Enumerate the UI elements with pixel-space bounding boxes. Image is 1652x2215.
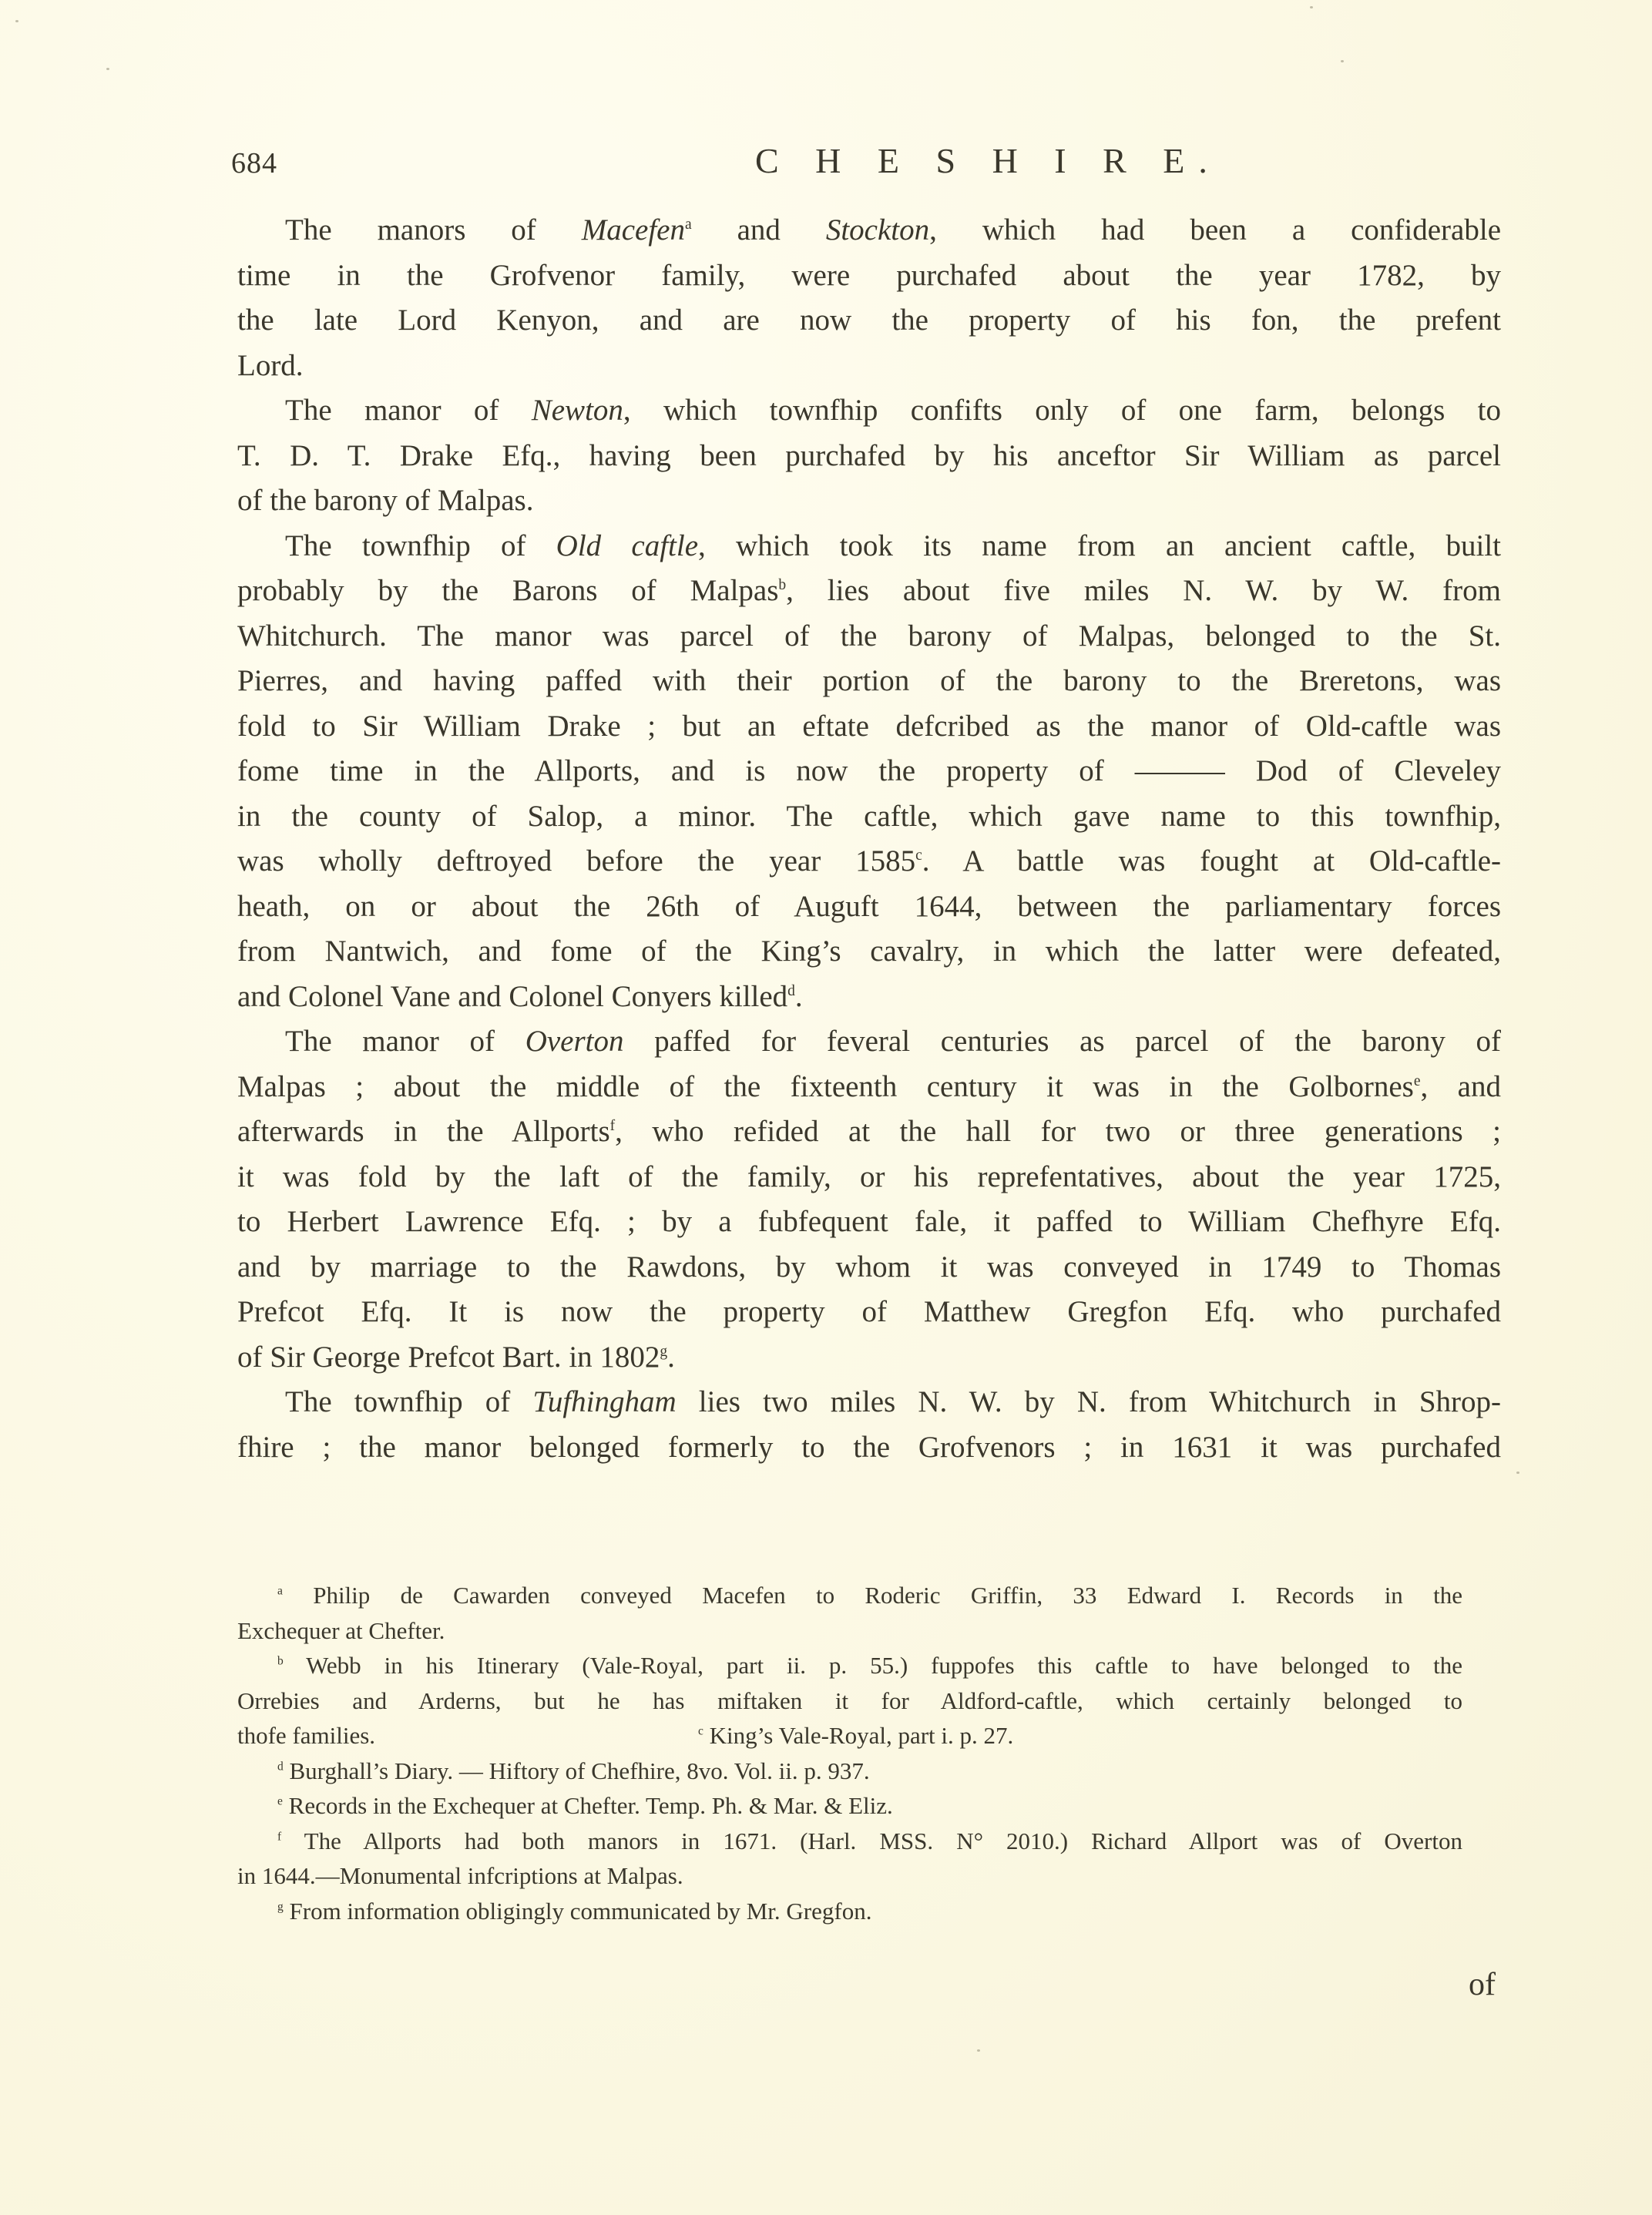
text-line: The manors of Macefena and Stockton, whi… [237, 208, 1501, 253]
text-line: from Nantwich, and fome of the King’s ca… [237, 929, 1501, 975]
text-line: was wholly deftroyed before the year 158… [237, 839, 1501, 884]
text-line: and by marriage to the Rawdons, by whom … [237, 1245, 1501, 1290]
text-line: in the county of Salop, a minor. The caf… [237, 794, 1501, 840]
text-line: probably by the Barons of Malpasb, lies … [237, 569, 1501, 614]
paper-speck [1310, 6, 1313, 8]
paper-speck [1516, 1472, 1519, 1474]
paper-speck [977, 2049, 980, 2052]
running-head: 684 C H E S H I R E. [231, 140, 1503, 194]
text-line: it was fold by the laft of the family, o… [237, 1155, 1501, 1200]
footnote-b-c-line: thofe families. c King’s Vale-Royal, par… [237, 1718, 1462, 1754]
text-line: Malpas ; about the middle of the fixteen… [237, 1065, 1501, 1110]
text-line: heath, on or about the 26th of Auguft 16… [237, 884, 1501, 930]
footnote-ref[interactable]: c [915, 847, 922, 864]
text-line: fhire ; the manor belonged formerly to t… [237, 1425, 1501, 1471]
footnote-b-end: thofe families. [237, 1722, 375, 1749]
body-text: The manors of Macefena and Stockton, whi… [237, 208, 1501, 1470]
text-line: fold to Sir William Drake ; but an eftat… [237, 704, 1501, 750]
text-line: afterwards in the Allportsf, who refided… [237, 1109, 1501, 1155]
footnote-c: c King’s Vale-Royal, part i. p. 27. [698, 1718, 1013, 1754]
footnote-a-cont: Exchequer at Chefter. [237, 1613, 1462, 1649]
text-line: the late Lord Kenyon, and are now the pr… [237, 298, 1501, 344]
footnote-e: e Records in the Exchequer at Chefter. T… [237, 1788, 1462, 1824]
footnotes: a Philip de Cawarden conveyed Macefen to… [237, 1578, 1462, 1928]
page-number: 684 [231, 146, 277, 180]
footnote-f: f The Allports had both manors in 1671. … [237, 1824, 1462, 1859]
text-line: Whitchurch. The manor was parcel of the … [237, 614, 1501, 659]
text-line: Pierres, and having paffed with their po… [237, 659, 1501, 704]
page-header-title: C H E S H I R E. [755, 140, 1221, 181]
footnote-b: b Webb in his Itinerary (Vale-Royal, par… [237, 1648, 1462, 1683]
text-line: The townfhip of Old caftle, which took i… [237, 524, 1501, 569]
text-line: T. D. T. Drake Efq., having been purchaf… [237, 434, 1501, 479]
paper-speck [15, 20, 18, 22]
footnote-ref[interactable]: g [660, 1344, 667, 1360]
paper-speck [106, 68, 109, 70]
text-line: time in the Grofvenor family, were purch… [237, 253, 1501, 299]
paper-speck [1341, 60, 1344, 62]
text-line: Lord. [237, 344, 1501, 389]
text-line: Prefcot Efq. It is now the property of M… [237, 1290, 1501, 1335]
text-line: The manor of Newton, which townfhip conf… [237, 388, 1501, 434]
footnote-a: a Philip de Cawarden conveyed Macefen to… [237, 1578, 1462, 1613]
text-line: of the barony of Malpas. [237, 478, 1501, 524]
footnote-ref[interactable]: d [787, 983, 795, 999]
footnote-g: g From information obligingly communicat… [237, 1894, 1462, 1929]
footnote-f-cont: in 1644.—Monumental infcriptions at Malp… [237, 1858, 1462, 1894]
text-line: and Colonel Vane and Colonel Conyers kil… [237, 975, 1501, 1020]
book-page: 684 C H E S H I R E. The manors of Macef… [0, 0, 1652, 2215]
footnote-d: d Burghall’s Diary. — Hiftory of Chefhir… [237, 1754, 1462, 1789]
text-line: of Sir George Prefcot Bart. in 1802g. [237, 1335, 1501, 1381]
text-line: fome time in the Allports, and is now th… [237, 749, 1501, 794]
footnote-ref[interactable]: b [778, 577, 786, 593]
text-line: The townfhip of Tufhingham lies two mile… [237, 1380, 1501, 1425]
text-line: The manor of Overton paffed for feveral … [237, 1019, 1501, 1065]
text-line: to Herbert Lawrence Efq. ; by a fubfeque… [237, 1200, 1501, 1245]
footnote-b-cont: Orrebies and Arderns, but he has miftake… [237, 1683, 1462, 1719]
catchword: of [1469, 1966, 1496, 2003]
